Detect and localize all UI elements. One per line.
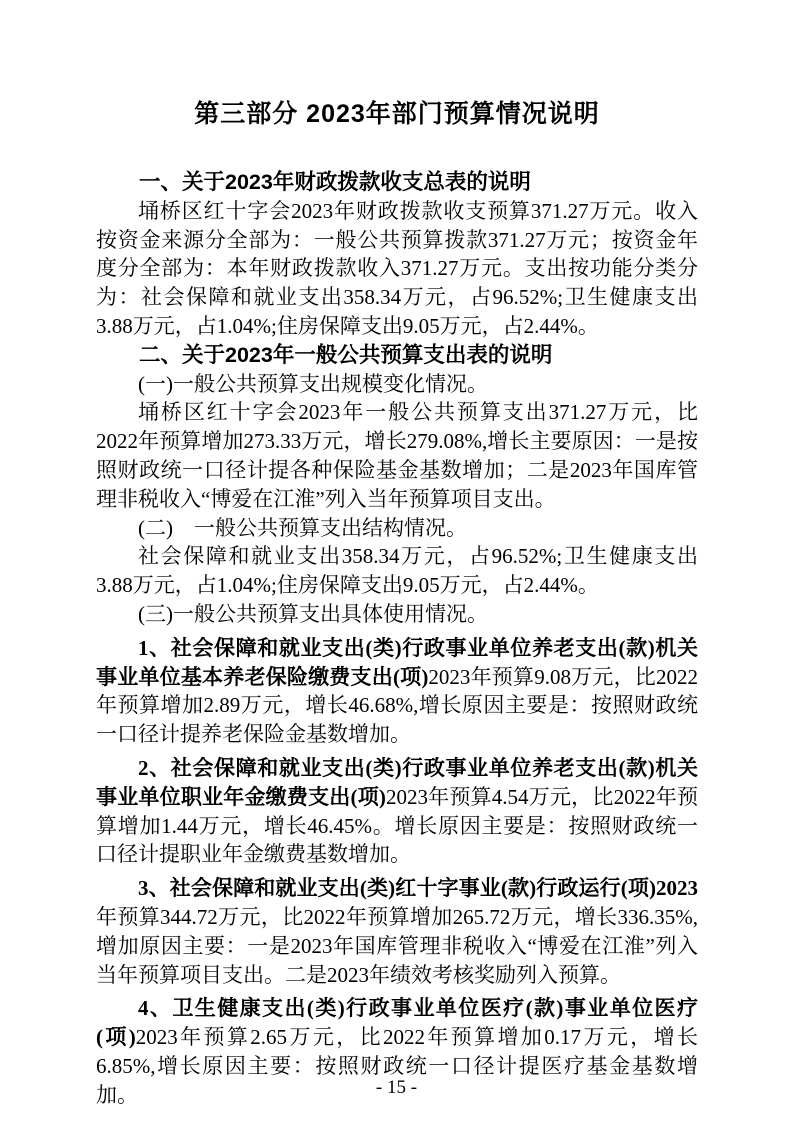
- subsection-2-heading: (二) 一般公共预算支出结构情况。: [96, 514, 698, 543]
- budget-item-3-title: 3、社会保障和就业支出(类)红十字事业(款)行政运行(项)2023: [138, 876, 698, 900]
- document-title: 第三部分 2023年部门预算情况说明: [96, 97, 698, 131]
- document-page: 第三部分 2023年部门预算情况说明 一、关于2023年财政拨款收支总表的说明 …: [0, 0, 793, 1122]
- budget-item-3: 3、社会保障和就业支出(类)红十字事业(款)行政运行(项)2023年预算344.…: [96, 874, 698, 989]
- section-2-heading: 二、关于2023年一般公共预算支出表的说明: [96, 341, 698, 370]
- section-1-heading: 一、关于2023年财政拨款收支总表的说明: [96, 168, 698, 197]
- subsection-3-heading: (三)一般公共预算支出具体使用情况。: [96, 600, 698, 629]
- subsection-1-paragraph: 埇桥区红十字会2023年一般公共预算支出371.27万元，比2022年预算增加2…: [96, 398, 698, 513]
- page-content: 第三部分 2023年部门预算情况说明 一、关于2023年财政拨款收支总表的说明 …: [96, 97, 698, 1110]
- budget-item-2: 2、社会保障和就业支出(类)行政事业单位养老支出(款)机关事业单位职业年金缴费支…: [96, 754, 698, 869]
- subsection-2-paragraph: 社会保障和就业支出358.34万元，占96.52%;卫生健康支出3.88万元，占…: [96, 542, 698, 600]
- budget-item-3-text: 年预算344.72万元，比2022年预算增加265.72万元，增长336.35%…: [96, 905, 698, 987]
- page-number: - 15 -: [0, 1075, 793, 1101]
- budget-item-1: 1、社会保障和就业支出(类)行政事业单位养老支出(款)机关事业单位基本养老保险缴…: [96, 634, 698, 749]
- subsection-1-heading: (一)一般公共预算支出规模变化情况。: [96, 370, 698, 399]
- section-1-paragraph: 埇桥区红十字会2023年财政拨款收支预算371.27万元。收入按资金来源分全部为…: [96, 197, 698, 341]
